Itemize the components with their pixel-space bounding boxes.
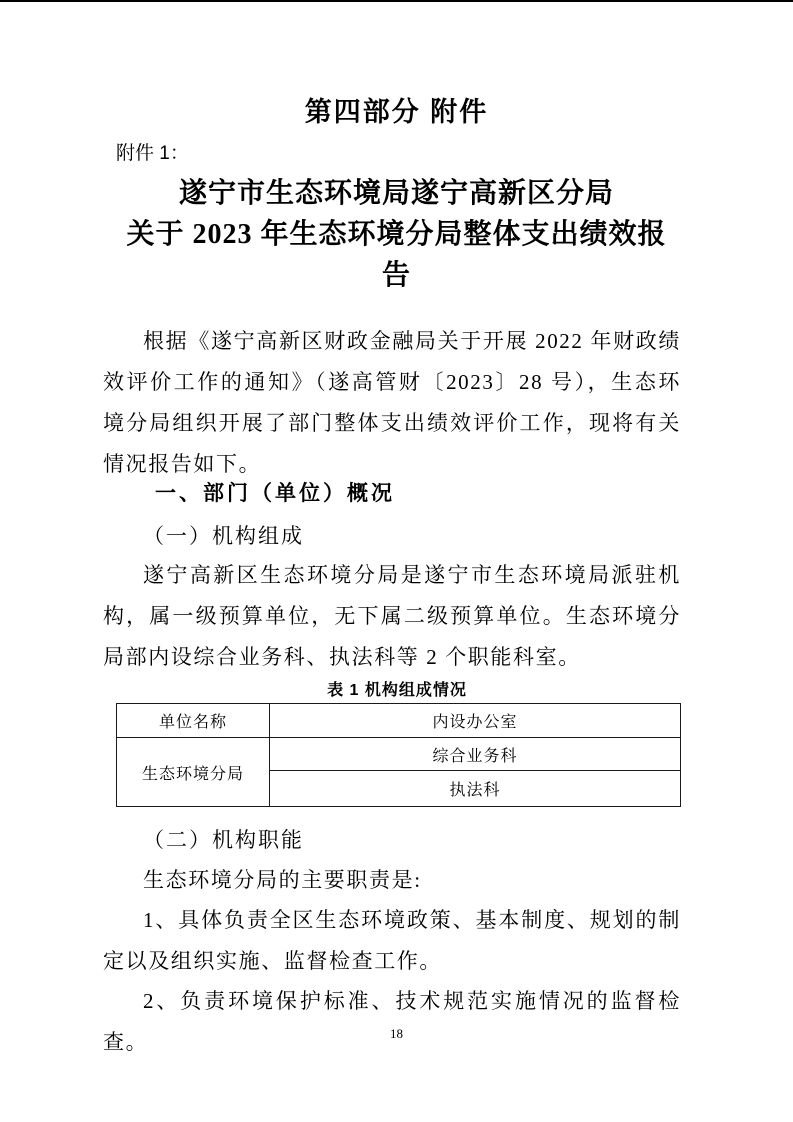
duty-item-1: 1、具体负责全区生态环境政策、基本制度、规划的制定以及组织实施、监督检查工作。	[103, 900, 681, 982]
org-composition-paragraph: 遂宁高新区生态环境分局是遂宁市生态环境局派驻机构，属一级预算单位，无下属二级预算…	[103, 555, 681, 678]
cell-unit-name-value: 内设办公室	[270, 704, 681, 738]
duty-item-2: 2、负责环境保护标准、技术规范实施情况的监督检查。	[103, 981, 681, 1063]
cell-unit-name-label: 单位名称	[117, 704, 270, 738]
table-1-caption: 表 1 机构组成情况	[116, 680, 678, 702]
cell-department-2: 执法科	[270, 771, 681, 807]
subsection-1-heading: （一）机构组成	[103, 516, 681, 557]
duties-intro: 生态环境分局的主要职责是:	[103, 860, 681, 901]
report-title-line-1: 遂宁市生态环境局遂宁高新区分局	[0, 174, 793, 214]
document-page: 第四部分 附件 附件 1： 遂宁市生态环境局遂宁高新区分局 关于 2023 年生…	[0, 0, 793, 1122]
page-number: 18	[0, 1026, 793, 1042]
table-row: 生态环境分局 综合业务科	[117, 738, 681, 771]
attachment-label: 附件 1：	[103, 140, 681, 168]
report-title-line-3: 告	[0, 256, 793, 296]
part-heading: 第四部分 附件	[0, 95, 793, 129]
org-composition-table: 单位名称 内设办公室 生态环境分局 综合业务科 执法科	[116, 703, 681, 807]
intro-paragraph: 根据《遂宁高新区财政金融局关于开展 2022 年财政绩效评价工作的通知》（遂高管…	[103, 321, 681, 485]
page-top-border	[0, 0, 793, 2]
cell-department-1: 综合业务科	[270, 738, 681, 771]
table-row: 单位名称 内设办公室	[117, 704, 681, 738]
section-1-heading: 一、部门（单位）概况	[103, 473, 681, 514]
subsection-2-heading: （二）机构职能	[103, 820, 681, 861]
report-title-line-2: 关于 2023 年生态环境分局整体支出绩效报	[0, 215, 793, 255]
cell-org-name: 生态环境分局	[117, 738, 270, 807]
